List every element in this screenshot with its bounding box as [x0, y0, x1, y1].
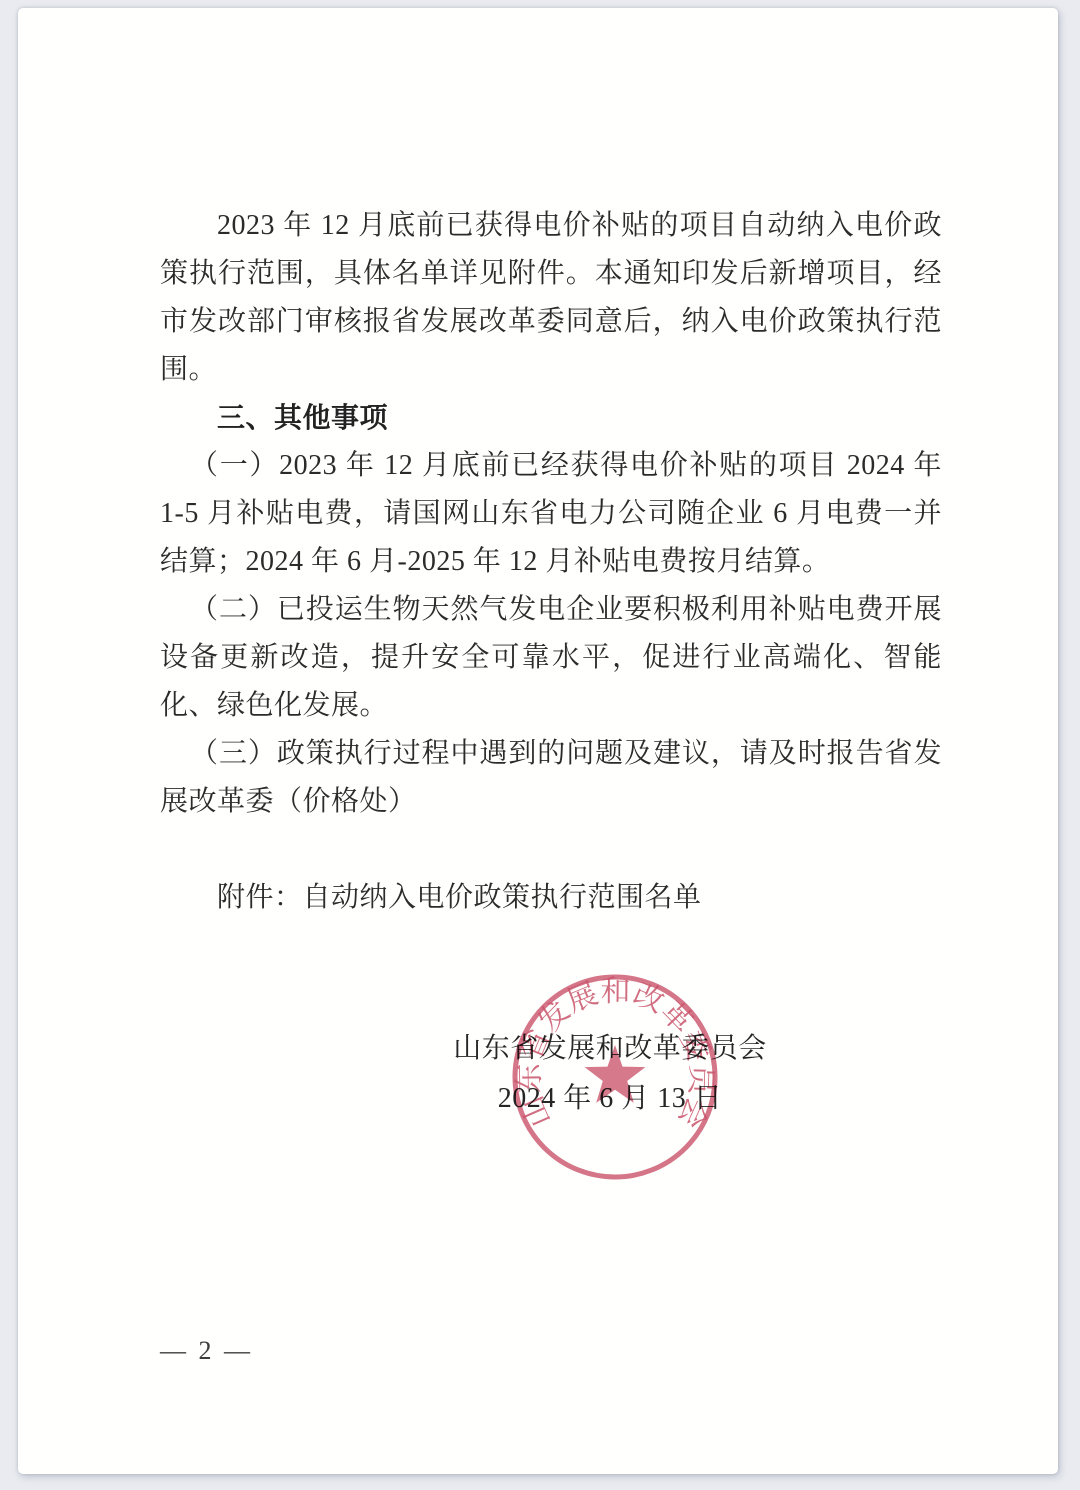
- document-sheet: 2023 年 12 月底前已获得电价补贴的项目自动纳入电价政策执行范围，具体名单…: [18, 8, 1058, 1474]
- issuer-name: 山东省发展和改革委员会: [430, 1024, 790, 1074]
- page-number: — 2 —: [160, 1336, 253, 1366]
- section-heading: 三、其他事项: [160, 394, 942, 442]
- item-paragraph-3: （三）政策执行过程中遇到的问题及建议，请及时报告省发展改革委（价格处）: [160, 730, 942, 826]
- item-paragraph-1: （一）2023 年 12 月底前已经获得电价补贴的项目 2024 年 1-5 月…: [160, 442, 942, 586]
- signature-block: 山东省发展和改革委员会 2024 年 6 月 13 日: [430, 1024, 790, 1124]
- issue-date: 2024 年 6 月 13 日: [430, 1074, 790, 1124]
- item-paragraph-2: （二）已投运生物天然气发电企业要积极利用补贴电费开展设备更新改造，提升安全可靠水…: [160, 586, 942, 730]
- intro-paragraph: 2023 年 12 月底前已获得电价补贴的项目自动纳入电价政策执行范围，具体名单…: [160, 202, 942, 394]
- document-body: 2023 年 12 月底前已获得电价补贴的项目自动纳入电价政策执行范围，具体名单…: [160, 202, 942, 922]
- attachment-line: 附件：自动纳入电价政策执行范围名单: [160, 874, 942, 922]
- scanned-document-page: 2023 年 12 月底前已获得电价补贴的项目自动纳入电价政策执行范围，具体名单…: [0, 0, 1080, 1490]
